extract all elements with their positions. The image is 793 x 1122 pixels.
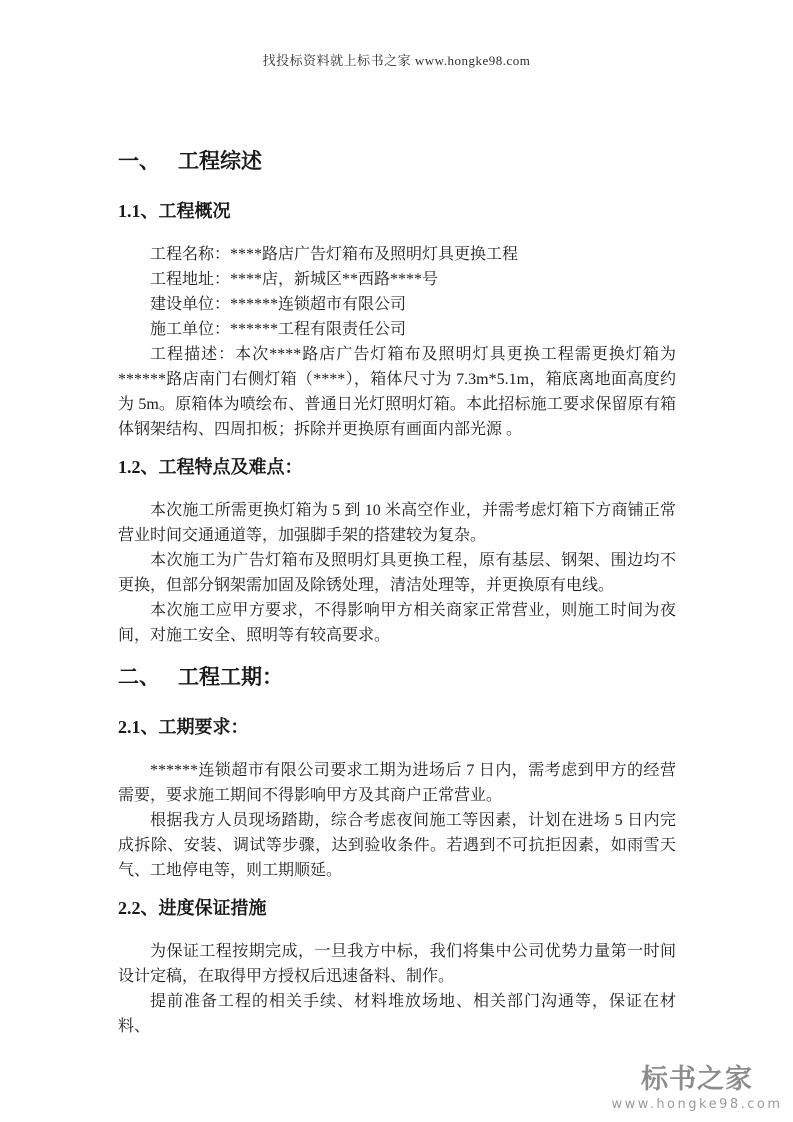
site-header-text: 找投标资料就上标书之家 www.hongke98.com — [263, 53, 531, 68]
subsection-2-1-heading: 2.1、工期要求： — [118, 716, 676, 738]
section-1-number: 一、 — [118, 148, 160, 174]
features-paragraph-1: 本次施工所需更换灯箱为 5 到 10 米高空作业，并需考虑灯箱下方商铺正常营业时… — [118, 498, 676, 548]
section-1-heading: 一、工程综述 — [118, 148, 676, 174]
schedule-paragraph-1: ******连锁超市有限公司要求工期为进场后 7 日内，需考虑到甲方的经营需要，… — [118, 758, 676, 808]
section-2-number: 二、 — [118, 664, 160, 690]
project-address-line: 工程地址：****店，新城区**西路****号 — [118, 267, 676, 292]
progress-paragraph-2: 提前准备工程的相关手续、材料堆放场地、相关部门沟通等，保证在材料、 — [118, 989, 676, 1039]
features-paragraph-3: 本次施工应甲方要求，不得影响甲方相关商家正常营业，则施工时间为夜间，对施工安全、… — [118, 598, 676, 648]
subsection-1-2-heading: 1.2、工程特点及难点： — [118, 456, 676, 478]
document-content: 一、工程综述 1.1、工程概况 工程名称：****路店广告灯箱布及照明灯具更换工… — [118, 148, 676, 1039]
contractor-unit-line: 施工单位：******工程有限责任公司 — [118, 317, 676, 342]
section-2-heading: 二、工程工期： — [118, 664, 676, 690]
subsection-1-1-heading: 1.1、工程概况 — [118, 200, 676, 222]
section-2-title: 工程工期： — [178, 665, 283, 689]
owner-unit-line: 建设单位：******连锁超市有限公司 — [118, 292, 676, 317]
document-page: 找投标资料就上标书之家 www.hongke98.com 一、工程综述 1.1、… — [0, 0, 793, 1122]
project-name-line: 工程名称：****路店广告灯箱布及照明灯具更换工程 — [118, 242, 676, 267]
watermark: 标书之家 www.hongke98.com — [611, 1065, 783, 1112]
subsection-2-2-heading: 2.2、进度保证措施 — [118, 897, 676, 919]
watermark-url: www.hongke98.com — [611, 1097, 783, 1112]
progress-paragraph-1: 为保证工程按期完成，一旦我方中标，我们将集中公司优势力量第一时间设计定稿，在取得… — [118, 939, 676, 989]
section-1-title: 工程综述 — [178, 149, 262, 173]
project-description-paragraph: 工程描述：本次****路店广告灯箱布及照明灯具更换工程需更换灯箱为******路… — [118, 342, 676, 442]
watermark-brand: 标书之家 — [611, 1065, 783, 1095]
site-header: 找投标资料就上标书之家 www.hongke98.com — [0, 50, 793, 69]
features-paragraph-2: 本次施工为广告灯箱布及照明灯具更换工程，原有基层、钢架、围边均不更换，但部分钢架… — [118, 548, 676, 598]
schedule-paragraph-2: 根据我方人员现场踏勘，综合考虑夜间施工等因素，计划在进场 5 日内完成拆除、安装… — [118, 808, 676, 883]
